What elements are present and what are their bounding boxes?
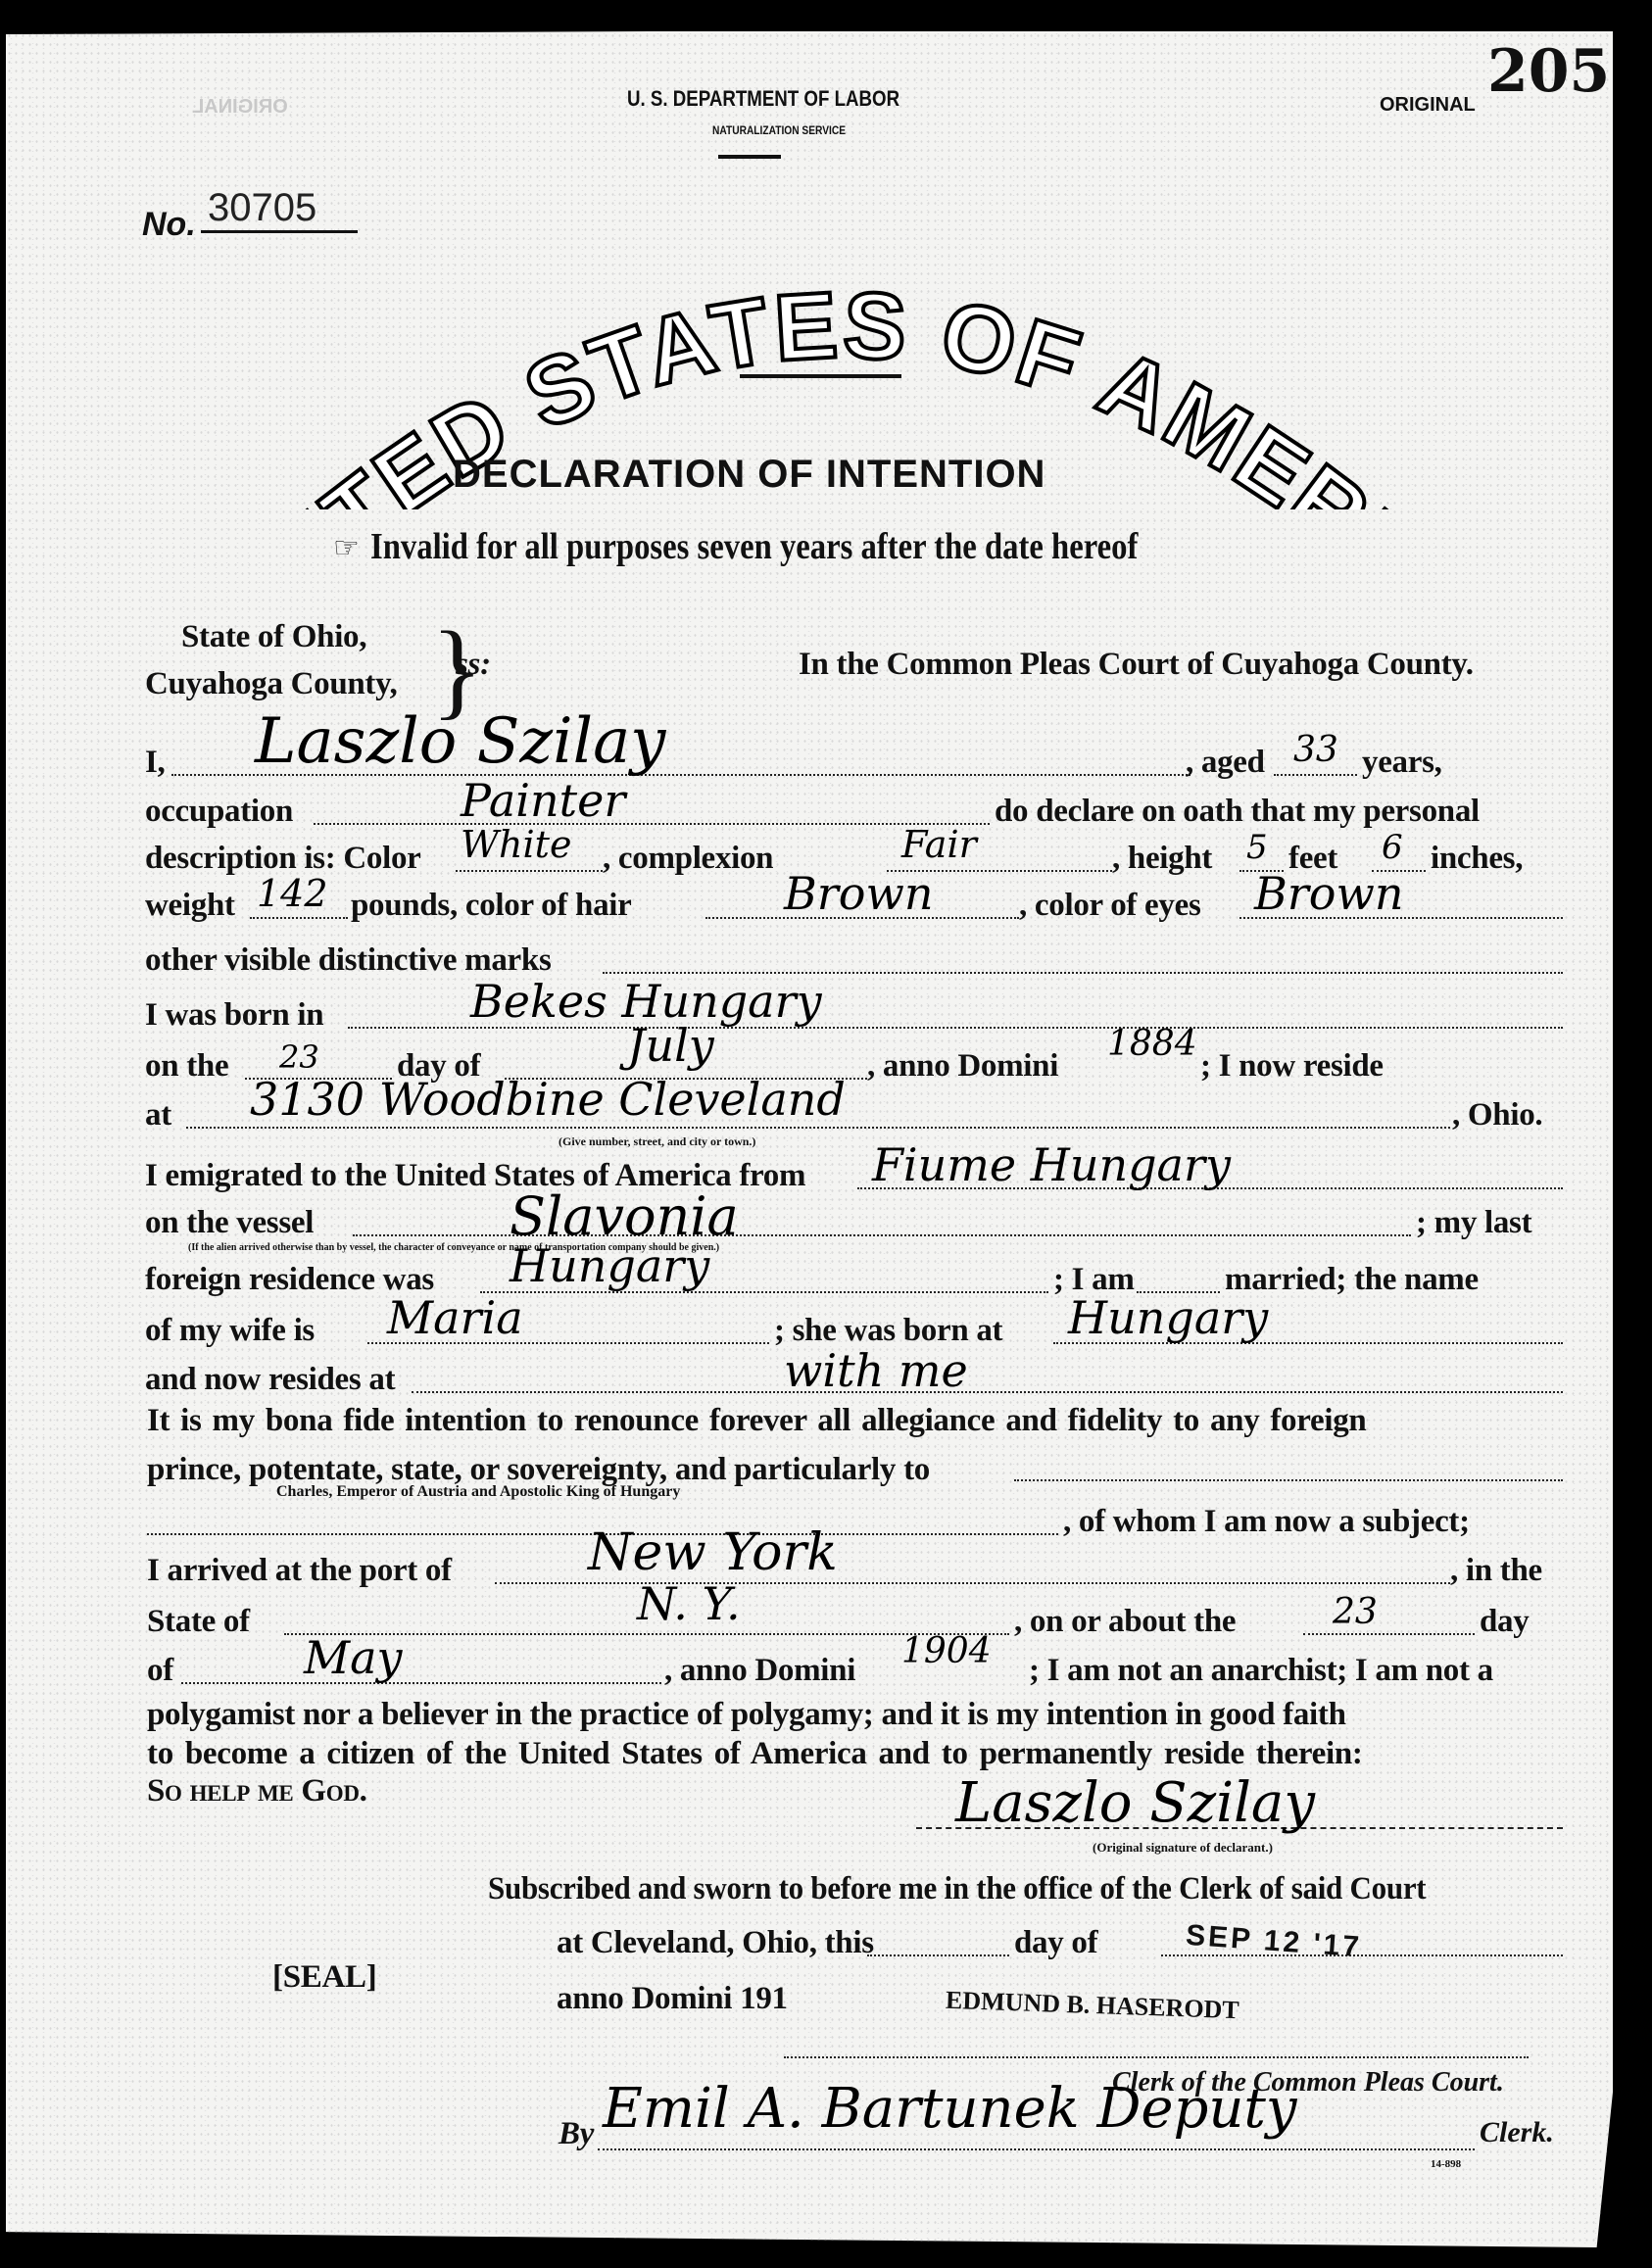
birth-year-field: 1884 (1107, 1024, 1197, 1064)
label-inches: inches, (1431, 841, 1523, 877)
wife-residence-line (412, 1391, 1563, 1393)
birth-month-field: July (627, 1019, 714, 1072)
wife-residence-field: with me (784, 1344, 968, 1397)
svg-text:UNITED STATES OF AMERICA: UNITED STATES OF AMERICA (0, 0, 1471, 509)
form-code: 14-898 (1431, 2158, 1461, 2170)
address-hint: (Give number, street, and city or town.) (559, 1134, 755, 1149)
label-born: I was born in (145, 997, 323, 1034)
height-feet-field: 5 (1246, 828, 1268, 867)
address-line (186, 1127, 1450, 1129)
signature-hint: (Original signature of declarant.) (1093, 1840, 1273, 1856)
wife-birthplace-field: Hungary (1068, 1291, 1268, 1344)
port-field: New York (588, 1523, 838, 1582)
weight-line (250, 917, 348, 919)
label-day: day (1480, 1604, 1529, 1640)
validity-notice: Invalid for all purposes seven years aft… (370, 525, 1138, 568)
sworn-day-line (867, 1954, 1009, 1956)
seal-label: [SEAL] (272, 1959, 376, 1996)
label-port: I arrived at the port of (147, 1553, 452, 1589)
label-ohio: , Ohio. (1452, 1097, 1542, 1134)
label-wife: of my wife is (145, 1313, 315, 1349)
label-on-the: on the (145, 1048, 228, 1085)
venue-state: State of Ohio, (181, 619, 366, 655)
complexion-field: Fair (901, 823, 977, 866)
label-eyes: , color of eyes (1019, 888, 1201, 924)
citizen-text: to become a citizen of the United States… (147, 1736, 1363, 1772)
label-now-reside: ; I now reside (1200, 1048, 1384, 1085)
deputy-signature: Emil A. Bartunek Deputy (603, 2077, 1297, 2141)
eyes-field: Brown (1254, 867, 1404, 920)
label-anno-domini: , anno Domini (867, 1048, 1058, 1085)
label-of: of (147, 1653, 173, 1689)
polygamist-text: polygamist nor a believer in the practic… (147, 1697, 1346, 1733)
arrival-month-field: May (304, 1631, 403, 1684)
occupation-field: Painter (461, 774, 625, 827)
label-my-last: ; my last (1416, 1205, 1531, 1241)
color-line (456, 870, 603, 872)
label-i: I, (145, 745, 166, 781)
label-height: , height (1112, 841, 1212, 877)
sworn-text: Subscribed and sworn to before me in the… (488, 1871, 1426, 1907)
label-hair: pounds, color of hair (351, 888, 631, 924)
label-on-about: , on or about the (1014, 1604, 1236, 1640)
marks-line (603, 972, 1563, 974)
label-anarchist: ; I am not an anarchist; I am not a (1029, 1653, 1493, 1689)
title-rule (740, 374, 901, 378)
label-anno-domini-2: , anno Domini (664, 1653, 855, 1689)
height-inches-field: 6 (1382, 828, 1403, 867)
court-name: In the Common Pleas Court of Cuyahoga Co… (799, 647, 1474, 683)
arrival-day-line (1303, 1633, 1475, 1635)
label-in-the: , in the (1450, 1553, 1542, 1589)
oath-closing: So help me God. (147, 1773, 367, 1810)
label-weight: weight (145, 888, 235, 924)
label-day-of-2: day of (1014, 1925, 1097, 1961)
label-at: at (145, 1097, 171, 1134)
name-field: Laszlo Szilay (255, 705, 665, 778)
birth-day-field: 23 (279, 1038, 319, 1076)
arrival-month-line (181, 1682, 661, 1684)
label-anno-domini-3: anno Domini 191 (557, 1981, 788, 2017)
venue-county: Cuyahoga County, (145, 666, 397, 702)
state-field: N. Y. (637, 1577, 741, 1630)
label-state-of: State of (147, 1604, 250, 1640)
clerk-line (784, 2056, 1529, 2058)
arched-title: UNITED STATES OF AMERICA (0, 0, 1652, 509)
address-field: 3130 Woodbine Cleveland (250, 1073, 846, 1126)
sovereign-line-1 (1014, 1479, 1563, 1481)
vessel-field: Slavonia (510, 1185, 739, 1247)
label-resides: and now resides at (145, 1362, 395, 1398)
label-at-cleveland: at Cleveland, Ohio, this (557, 1925, 874, 1961)
emigrated-from-field: Fiume Hungary (872, 1138, 1231, 1191)
last-residence-field: Hungary (510, 1239, 709, 1292)
venue-ss: ss: (456, 647, 491, 683)
label-complexion: , complexion (603, 841, 773, 877)
color-field: White (461, 823, 571, 866)
age-line (1274, 774, 1357, 776)
wife-name-field: Maria (387, 1291, 523, 1344)
label-aged: , aged (1186, 745, 1265, 781)
occupation-line (314, 823, 990, 825)
label-marks: other visible distinctive marks (145, 942, 552, 979)
label-by: By (559, 2116, 594, 2152)
label-subject: , of whom I am now a subject; (1063, 1504, 1470, 1540)
renounce-text-1: It is my bona fide intention to renounce… (147, 1403, 1366, 1439)
age-field: 33 (1293, 730, 1338, 770)
arrival-year-field: 1904 (901, 1631, 992, 1671)
deputy-line (598, 2148, 1475, 2150)
label-years: years, (1362, 745, 1442, 781)
pointing-hand-icon: ☞ (333, 531, 360, 565)
label-occupation: occupation (145, 794, 293, 830)
form-title: DECLARATION OF INTENTION (453, 453, 1045, 497)
label-clerk: Clerk. (1480, 2116, 1554, 2149)
weight-field: 142 (257, 872, 328, 915)
arrival-day-field: 23 (1333, 1592, 1378, 1632)
label-vessel: on the vessel (145, 1205, 314, 1241)
hair-field: Brown (784, 867, 934, 920)
label-declare: do declare on oath that my personal (995, 794, 1480, 830)
sovereign-stamp: Charles, Emperor of Austria and Apostoli… (276, 1483, 680, 1501)
declarant-signature: Laszlo Szilay (955, 1771, 1315, 1835)
